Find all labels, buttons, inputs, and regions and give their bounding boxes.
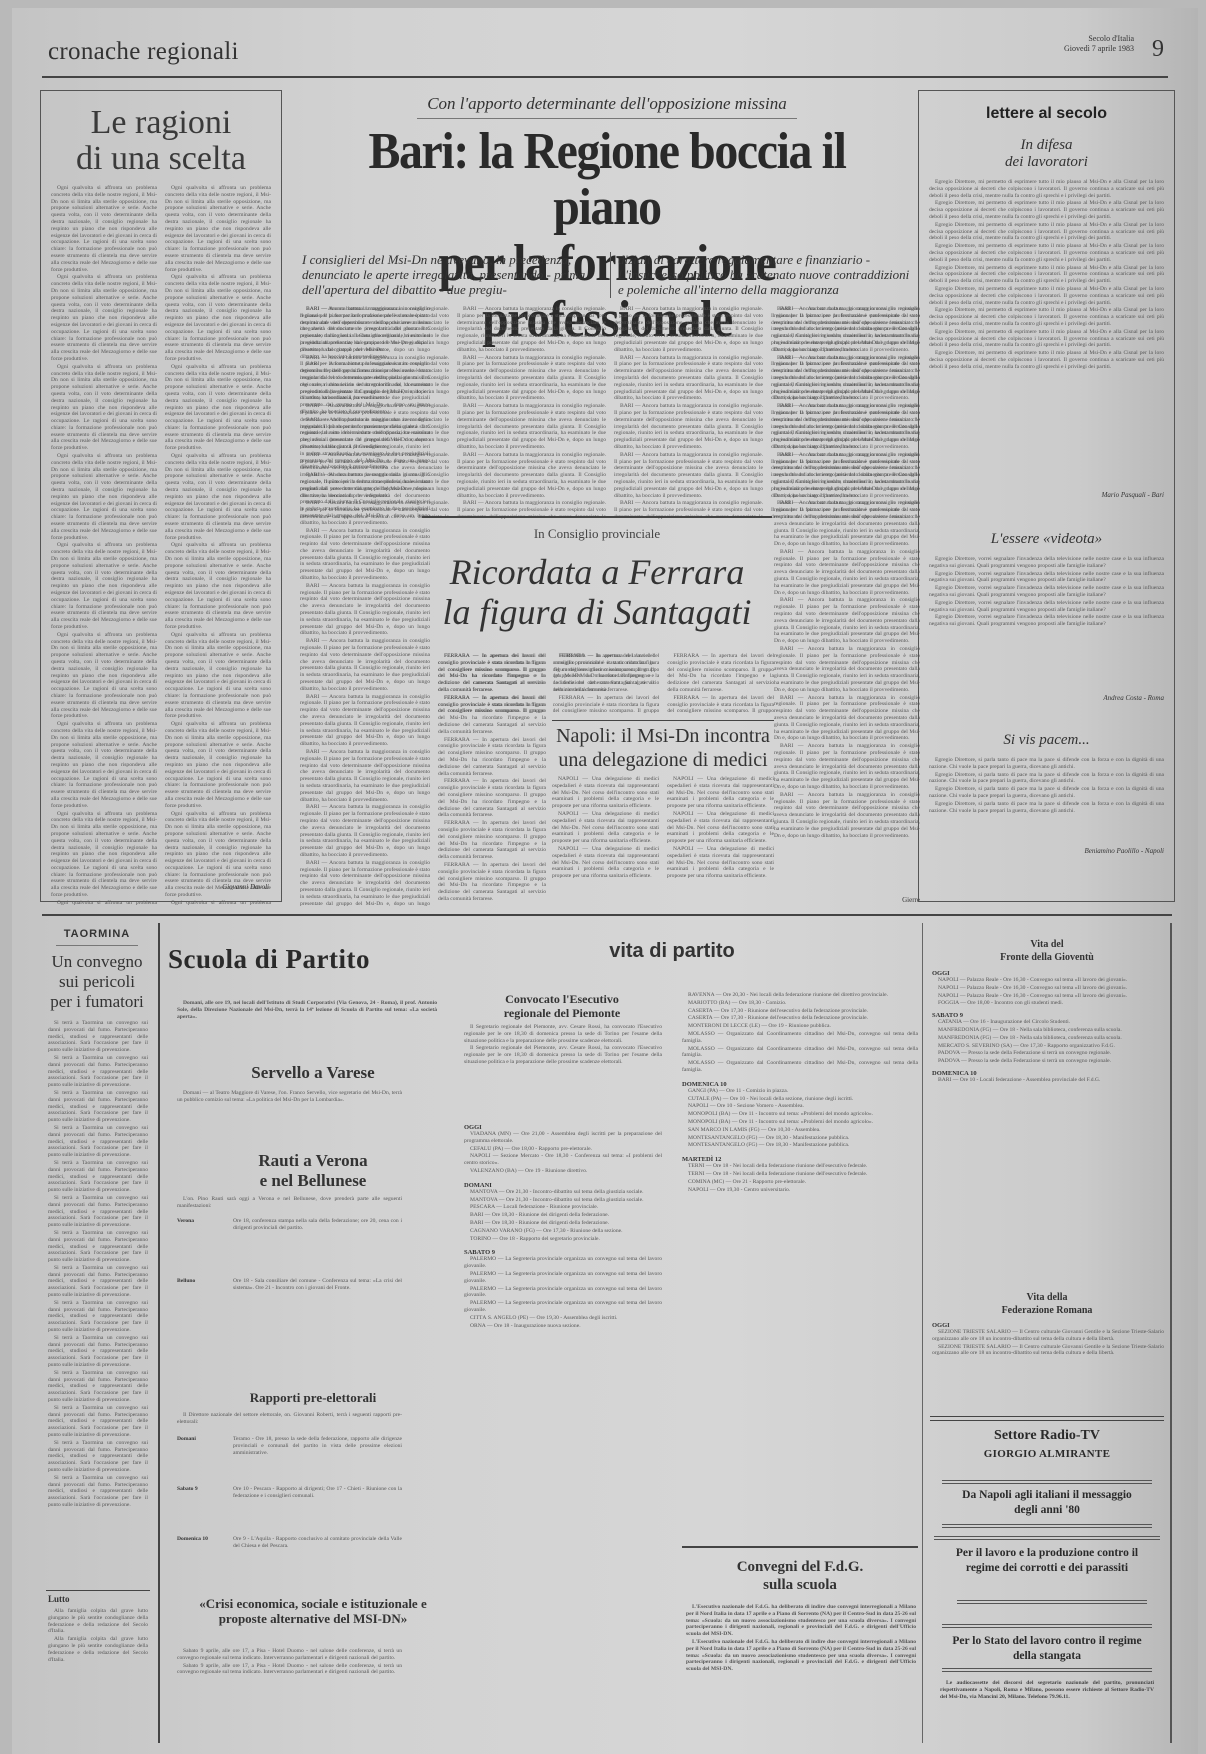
roma-title-line2: Federazione Romana xyxy=(927,1304,1167,1317)
divider xyxy=(942,1624,1152,1628)
section-title: cronache regionali xyxy=(48,38,239,66)
vita-section-day: DOMENICA 10 xyxy=(682,1081,918,1088)
vita-title: vita di partito xyxy=(462,940,882,963)
letter-body: Egregio Direttore, vorrei segnalare l'in… xyxy=(929,556,1164,694)
fronte-list: OGGI NAPOLI — Palazzo Reale - Ore 16,30 … xyxy=(932,970,1164,1270)
vita-section: OGGI VIADANA (MN) — Ore 21,00 - Assemble… xyxy=(464,1124,662,1176)
vita-entry: CUTALE (PA) — Ore 10 - Nei locali della … xyxy=(682,1096,918,1104)
convegni-body: L'Esecutivo nazionale del F.d.G. ha deli… xyxy=(686,1604,916,1716)
roma-title: Vita della Federazione Romana xyxy=(927,1291,1167,1317)
napoli-headline: Napoli: il Msi-Dn incontra una delegazio… xyxy=(552,724,774,772)
column-divider xyxy=(922,923,923,1743)
vita-entry: TERNI — Ore 18 - Nei locali della federa… xyxy=(682,1163,918,1179)
schedule-row: Domani Teramo - Ore 18, presso la sede d… xyxy=(177,1436,402,1486)
vita-entry: NAPOLI — Ore 19,30 - Centro universitari… xyxy=(682,1187,918,1195)
fronte-entry: CATANIA — Ore 16 - Inaugurazione del Cir… xyxy=(932,1019,1164,1027)
rauti-title-line1: Rauti a Verona xyxy=(168,1151,458,1171)
fronte-section: DOMENICA 10 BARI — Ore 10 - Locali feder… xyxy=(932,1070,1164,1085)
crisi-title: «Crisi economica, sociale e istituzional… xyxy=(188,1596,438,1626)
vita-entry: NAPOLI — Ore 10 - Sezione Vomero - Assem… xyxy=(682,1103,918,1111)
rauti-title: Rauti a Verona e nel Bellunese xyxy=(168,1151,458,1191)
fronte-entry: PADOVA — Presso la sede della Federazion… xyxy=(932,1050,1164,1066)
letter-signature: Beniamino Paolillo - Napoli xyxy=(919,847,1164,855)
paper-masthead: Secolo d'Italia Giovedì 7 aprile 1983 xyxy=(1064,34,1134,54)
vita-section: DOMENICA 10 GANGI (PA) — Ore 11 - Comizi… xyxy=(682,1081,918,1150)
fronte-title-line2: Fronte della Gioventù xyxy=(927,951,1167,964)
letter-title-line2: dei lavoratori xyxy=(919,154,1174,171)
scuola-title: Scuola di Partito xyxy=(168,944,458,975)
main-body-right-col-extended: BARI — Ancora battuta la maggioranza in … xyxy=(774,306,920,906)
taormina-headline-line1: Un convegno xyxy=(42,952,152,972)
letter-title: In difesa dei lavoratori xyxy=(919,137,1174,171)
schedule-row: Sabato 9 Ore 10 - Pescara - Rapporto ai … xyxy=(177,1486,402,1536)
column-divider xyxy=(158,923,160,1743)
taormina-headline-line3: per i fumatori xyxy=(42,992,152,1012)
ferrara-body-col2: FERRARA — In apertura dei lavori del con… xyxy=(554,653,654,718)
page-edge-rule xyxy=(1170,923,1172,1743)
fronte-section-day: SABATO 9 xyxy=(932,1012,1164,1019)
schedule-place: Verona xyxy=(177,1218,233,1278)
rapporti-schedule: Domani Teramo - Ore 18, presso la sede d… xyxy=(177,1436,402,1566)
radio-message: Per lo Stato del lavoro contro il regime… xyxy=(952,1634,1142,1664)
vita-col1: OGGI VIADANA (MN) — Ore 21,00 - Assemble… xyxy=(464,1124,662,1724)
main-body-col: BARI — Ancora battuta la maggioranza in … xyxy=(774,306,920,906)
editorial-title: Le ragioni di una scelta xyxy=(41,105,281,177)
radio-rule xyxy=(930,1416,1164,1421)
roma-title-line1: Vita della xyxy=(927,1291,1167,1304)
fronte-entry: NAPOLI — Palazzo Reale - Ore 16,30 - Con… xyxy=(932,977,1164,1000)
vita-entry: MONTERONI DI LECCE (LE) — Ore 19 - Riuni… xyxy=(682,1023,918,1031)
schedule-place: Domani xyxy=(177,1436,233,1486)
vita-entry: CITTÀ S. ANGELO (PE) — Ore 19,30 - Assem… xyxy=(464,1315,662,1323)
lutto-rule xyxy=(46,1590,150,1591)
page-number: 9 xyxy=(1152,36,1164,63)
vita-section: SABATO 9 PALERMO — La Segreteria provinc… xyxy=(464,1249,662,1330)
vita-entry: PESCARA — Locali federazione - Riunione … xyxy=(464,1204,662,1212)
vita-col2: RAVENNA — Ore 20,30 - Nei locali della f… xyxy=(682,992,918,1527)
fronte-section-day: DOMENICA 10 xyxy=(932,1070,1164,1077)
main-body-left-col-extended: BARI — Ancora battuta la maggioranza in … xyxy=(300,306,430,906)
main-kicker: Con l'apporto determinante dell'opposizi… xyxy=(302,94,912,114)
letter-title-line1: In difesa xyxy=(919,137,1174,154)
rauti-title-line2: e nel Bellunese xyxy=(168,1171,458,1191)
vita-entry: TORINO — Ore 18 - Rapporto del segretari… xyxy=(464,1236,662,1244)
main-body-col: BARI — Ancora battuta la maggioranza in … xyxy=(457,306,606,521)
taormina-headline-line2: sui pericoli xyxy=(42,972,152,992)
convegni-title-line1: Convegni del F.d.G. xyxy=(682,1558,918,1576)
vita-entry: PALERMO — La Segreteria provinciale orga… xyxy=(464,1256,662,1314)
letter-title: Si vis pacem... xyxy=(919,732,1174,749)
mid-rule xyxy=(42,914,1172,916)
napoli-body-col: NAPOLI — Una delegazione di medici osped… xyxy=(552,776,659,901)
fronte-title: Vita del Fronte della Gioventù xyxy=(927,938,1167,964)
schedule-detail: Ore 18, conferenza stampa nella sala del… xyxy=(233,1218,402,1278)
letter-title: L'essere «videota» xyxy=(919,531,1174,548)
taormina-kicker: TAORMINA xyxy=(42,928,152,940)
fronte-entry: FOGGIA — Ore 18,00 - Incontro con gli st… xyxy=(932,1000,1164,1008)
schedule-place: Sabato 9 xyxy=(177,1486,233,1536)
vita-section: DOMANI MANTOVA — Ore 21,30 - Incontro-di… xyxy=(464,1182,662,1244)
convegni-rule xyxy=(682,1546,918,1548)
radio-message: Da Napoli agli italiani il messaggio deg… xyxy=(952,1488,1142,1518)
ferrara-body-extended: FERRARA — In apertura dei lavori del con… xyxy=(438,653,546,903)
napoli-body: NAPOLI — Una delegazione di medici osped… xyxy=(552,776,774,901)
letters-box: lettere al secolo In difesa dei lavorato… xyxy=(918,90,1175,902)
ferrara-headline-line1: Ricordata a Ferrara xyxy=(422,552,772,592)
vita-section-day: MARTEDÌ 12 xyxy=(682,1156,918,1163)
editorial-title-line1: Le ragioni xyxy=(41,105,281,141)
main-summary-right: diziali di carattere regolamentare e fin… xyxy=(618,252,916,297)
vita-section-day: OGGI xyxy=(464,1124,662,1131)
servello-body: Domani — al Teatro Maggiore di Varese, l… xyxy=(177,1090,402,1124)
taormina-headline: Un convegno sui pericoli per i fumatori xyxy=(42,952,152,1012)
vita-entry: VIADANA (MN) — Ore 21,00 - Assemblea deg… xyxy=(464,1131,662,1146)
taormina-kicker-rule xyxy=(56,945,138,946)
schedule-detail: Ore 10 - Pescara - Rapporto ai dirigenti… xyxy=(233,1486,402,1536)
crisi-body: Sabato 9 aprile, alle ore 17, a Pisa - H… xyxy=(177,1648,402,1718)
divider xyxy=(942,1668,1152,1672)
fronte-title-line1: Vita del xyxy=(927,938,1167,951)
vita-entry: MONTESANTANGELO (FG) — Ore 18,30 - Manif… xyxy=(682,1135,918,1151)
vita-entry: CEFALÙ (PA) — Ore 18,00 - Rapporto pre-e… xyxy=(464,1146,662,1154)
letter-body: Egregio Direttore, si parla tanto di pac… xyxy=(929,757,1164,847)
fronte-section: SABATO 9 CATANIA — Ore 16 - Inaugurazion… xyxy=(932,1012,1164,1066)
letter-signature: Andrea Costa - Roma xyxy=(919,694,1164,702)
convegni-title-line2: sulla scuola xyxy=(682,1576,918,1594)
editorial-title-line2: di una scelta xyxy=(41,141,281,177)
radio-subtitle: GIORGIO ALMIRANTE xyxy=(927,1448,1167,1460)
vita-entry: MONOPOLI (BA) — Ore 11 - Incontro sul te… xyxy=(682,1111,918,1127)
vita-section-day: DOMANI xyxy=(464,1182,662,1189)
divider xyxy=(934,1536,1160,1540)
main-body-col: BARI — Ancora battuta la maggioranza in … xyxy=(300,306,430,906)
editorial-box: Le ragioni di una scelta Ogni qualvolta … xyxy=(40,90,282,902)
taormina-body: Si terrà a Taormina un convegno sui dann… xyxy=(48,1020,148,1580)
vita-entry: VALENZANO (BA) — Ore 19 - Riunione diret… xyxy=(464,1168,662,1176)
convocato-body: Il Segretario regionale del Piemonte, av… xyxy=(464,1024,662,1119)
schedule-row: Verona Ore 18, conferenza stampa nella s… xyxy=(177,1218,402,1278)
schedule-place: Domenica 10 xyxy=(177,1536,233,1566)
vita-entry: CAGNANO VARANO (FG) — Ore 17,30 - Riunio… xyxy=(464,1228,662,1236)
lutto-label: Lutto xyxy=(48,1594,70,1604)
convocato-title-line2: regionale del Piemonte xyxy=(462,1006,662,1020)
roma-section-day: OGGI xyxy=(932,1322,1164,1329)
header-rule xyxy=(42,76,1168,78)
schedule-row: Belluno Ore 18 - Sala consiliare del com… xyxy=(177,1278,402,1368)
vita-entry: RAVENNA — Ore 20,30 - Nei locali della f… xyxy=(682,992,918,1000)
rapporti-intro: Il Direttore nazionale del settore elett… xyxy=(177,1412,402,1428)
ferrara-headline-line2: la figura di Santagati xyxy=(422,592,772,632)
vita-section-day: SABATO 9 xyxy=(464,1249,662,1256)
roma-entry: SEZIONE TRIESTE SALARIO — Il Centro cult… xyxy=(932,1329,1164,1358)
fronte-entry: MANFREDONIA (FG) — Ore 18 - Nella sala b… xyxy=(932,1027,1164,1043)
napoli-rule xyxy=(552,720,774,721)
schedule-detail: Ore 18 - Sala consiliare del comune - Co… xyxy=(233,1278,402,1368)
vita-entry: MOLASSO — Organizzato dal Coordinamento … xyxy=(682,1031,918,1075)
lutto-body: Alla famiglia colpita dal grave lutto gi… xyxy=(48,1608,148,1718)
napoli-body-col: NAPOLI — Una delegazione di medici osped… xyxy=(667,776,774,901)
editorial-body-col1: Ogni qualvolta si affronta un problema c… xyxy=(51,185,157,905)
letter-signature: Mario Pasquali - Bari xyxy=(919,491,1164,499)
radio-title: Settore Radio-TV xyxy=(927,1428,1167,1444)
vita-entry: ORNA — Ore 18 - Inaugurazione nuova sezi… xyxy=(464,1323,662,1331)
main-body-col: BARI — Ancora battuta la maggioranza in … xyxy=(614,306,763,521)
convocato-title-line1: Convocato l'Esecutivo xyxy=(462,992,662,1006)
letters-column-title: lettere al secolo xyxy=(919,105,1174,123)
schedule-detail: Teramo - Ore 18, presso la sede della fe… xyxy=(233,1436,402,1486)
convocato-title: Convocato l'Esecutivo regionale del Piem… xyxy=(462,992,662,1020)
divider xyxy=(942,1480,1152,1484)
vita-entry: COMINA (MC) — Ore 21 - Rapporto pre-elet… xyxy=(682,1179,918,1187)
vita-entry: NAPOLI — Sezione Mercato - Ore 18,30 - C… xyxy=(464,1153,662,1168)
divider xyxy=(942,1524,1152,1528)
ferrara-headline: Ricordata a Ferrara la figura di Santaga… xyxy=(422,552,772,632)
ferrara-rule xyxy=(422,516,772,518)
schedule-row: Domenica 10 Ore 9 - L'Aquila - Rapporto … xyxy=(177,1536,402,1566)
schedule-detail: Ore 9 - L'Aquila - Rapporto conclusivo a… xyxy=(233,1536,402,1566)
ferrara-body-col: FERRARA — In apertura dei lavori del con… xyxy=(667,653,774,713)
convegni-title: Convegni del F.d.G. sulla scuola xyxy=(682,1558,918,1594)
main-summary-left: I consiglieri del Msi-Dn ne avevano, in … xyxy=(302,252,602,297)
vita-entry: CASERTA — Ore 17,30 - Riunione dell'esec… xyxy=(682,1008,918,1024)
ferrara-kicker: In Consiglio provinciale xyxy=(422,526,772,542)
letter-body: Egregio Direttore, mi permetto di esprim… xyxy=(929,179,1164,491)
vita-section: MARTEDÌ 12 TERNI — Ore 18 - Nei locali d… xyxy=(682,1156,918,1194)
vita-section: RAVENNA — Ore 20,30 - Nei locali della f… xyxy=(682,992,918,1075)
issue-date: Giovedì 7 aprile 1983 xyxy=(1064,44,1134,54)
roma-list: OGGI SEZIONE TRIESTE SALARIO — Il Centro… xyxy=(932,1322,1164,1397)
main-headline-line1: Bari: la Regione boccia il piano xyxy=(317,124,897,236)
ferrara-body-col: FERRARA — In apertura dei lavori del con… xyxy=(438,653,546,903)
servello-title: Servello a Varese xyxy=(168,1063,458,1083)
rauti-schedule: Verona Ore 18, conferenza stampa nella s… xyxy=(177,1218,402,1368)
rauti-intro: L'on. Pino Rauti sarà oggi a Verona e ne… xyxy=(177,1196,402,1216)
kicker-underline xyxy=(417,118,797,119)
napoli-byline: Gierre xyxy=(774,896,920,904)
fronte-section: OGGI NAPOLI — Palazzo Reale - Ore 16,30 … xyxy=(932,970,1164,1008)
editorial-author: Giovanni Davoli xyxy=(222,883,269,891)
summary-divider xyxy=(610,252,611,298)
ferrara-body-col: FERRARA — In apertura dei lavori del con… xyxy=(554,653,654,718)
fronte-entry: BARI — Ore 10 - Locali federazione - Ass… xyxy=(932,1077,1164,1085)
newspaper-page: cronache regionali Secolo d'Italia Giove… xyxy=(12,8,1198,1754)
vita-entry: BARI — Ore 18,30 - Riunione dei dirigent… xyxy=(464,1212,662,1228)
vita-entry: MANTOVA — Ore 21,30 - Incontro-dibattito… xyxy=(464,1189,662,1205)
napoli-headline-line1: Napoli: il Msi-Dn incontra xyxy=(552,724,774,748)
fronte-section-day: OGGI xyxy=(932,970,1164,977)
vita-entry: GANGI (PA) — Ore 11 - Comizio in piazza. xyxy=(682,1088,918,1096)
rapporti-title: Rapporti pre-elettorali xyxy=(168,1390,458,1406)
fronte-entry: MERCATO S. SEVERINO (SA) — Ore 17,30 - R… xyxy=(932,1043,1164,1051)
vita-entry: SAN MARCO IN LAMIS (FG) — Ore 10,30 - As… xyxy=(682,1127,918,1135)
editorial-body-col2: Ogni qualvolta si affronta un problema c… xyxy=(165,185,271,905)
divider xyxy=(957,1600,1147,1604)
radio-footer: Le audiocassette dei discorsi del segret… xyxy=(940,1680,1154,1730)
schedule-place: Belluno xyxy=(177,1278,233,1368)
vita-entry: MARIOTTO (BA) — Ore 18,30 - Comizio. xyxy=(682,1000,918,1008)
radio-message: Per il lavoro e la produzione contro il … xyxy=(952,1546,1142,1576)
paper-name: Secolo d'Italia xyxy=(1064,34,1134,44)
scuola-intro: Domani, alle ore 19, nei locali dell'Ist… xyxy=(177,1000,437,1034)
napoli-headline-line2: una delegazione di medici xyxy=(552,748,774,772)
